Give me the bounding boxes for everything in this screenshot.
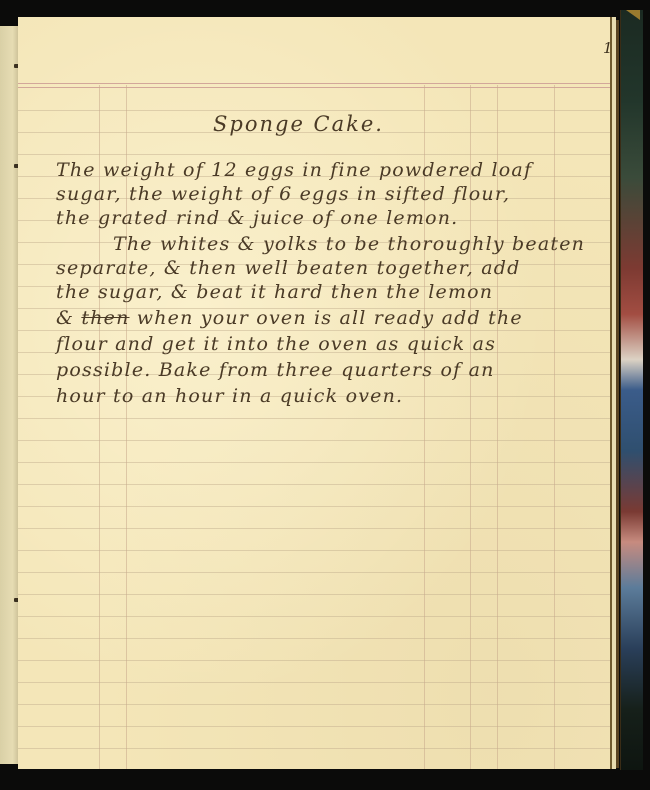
ruled-line (18, 506, 610, 507)
ruled-line (18, 594, 610, 595)
ruled-line (18, 440, 610, 441)
column-rule (554, 85, 555, 769)
recipe-line-7: & then when your oven is all ready add t… (56, 307, 523, 329)
ruled-line (18, 638, 610, 639)
recipe-title: Sponge Cake. (213, 112, 384, 136)
ruled-line (18, 726, 610, 727)
ruled-line (18, 462, 610, 463)
header-red-rule (18, 87, 610, 88)
left-facing-page-edge (0, 26, 19, 764)
ruled-line (18, 572, 610, 573)
recipe-line-3: the grated rind & juice of one lemon. (56, 207, 458, 229)
page-number: 15 (603, 39, 610, 57)
ruled-line (18, 154, 610, 155)
ruled-line (18, 616, 610, 617)
recipe-line-5: separate, & then well beaten together, a… (56, 257, 521, 279)
ampersand-text: & (56, 307, 81, 329)
ruled-line (18, 704, 610, 705)
recipe-line-10: hour to an hour in a quick oven. (56, 385, 403, 407)
ruled-line (18, 418, 610, 419)
marbled-cover-edge (620, 10, 643, 770)
ruled-line (18, 682, 610, 683)
recipe-line-2: sugar, the weight of 6 eggs in sifted fl… (56, 183, 510, 205)
notebook-page: 15 Sponge Cake. The weight of 12 eggs in… (18, 17, 610, 769)
ruled-line (18, 550, 610, 551)
recipe-line-1: The weight of 12 eggs in fine powdered l… (56, 159, 532, 181)
recipe-line-6: the sugar, & beat it hard then the lemon (56, 281, 493, 303)
recipe-line-9: possible. Bake from three quarters of an (56, 359, 495, 381)
recipe-line-8: flour and get it into the oven as quick … (56, 333, 496, 355)
ruled-line (18, 528, 610, 529)
line-7-remainder: when your oven is all ready add the (130, 307, 523, 329)
ruled-line (18, 748, 610, 749)
struck-out-word: then (81, 307, 129, 329)
ruled-line (18, 330, 610, 331)
header-red-rule (18, 83, 610, 84)
ruled-line (18, 660, 610, 661)
ruled-line (18, 110, 610, 111)
recipe-line-4: The whites & yolks to be thoroughly beat… (113, 233, 585, 255)
ruled-line (18, 484, 610, 485)
page-stack-edge (616, 20, 619, 768)
